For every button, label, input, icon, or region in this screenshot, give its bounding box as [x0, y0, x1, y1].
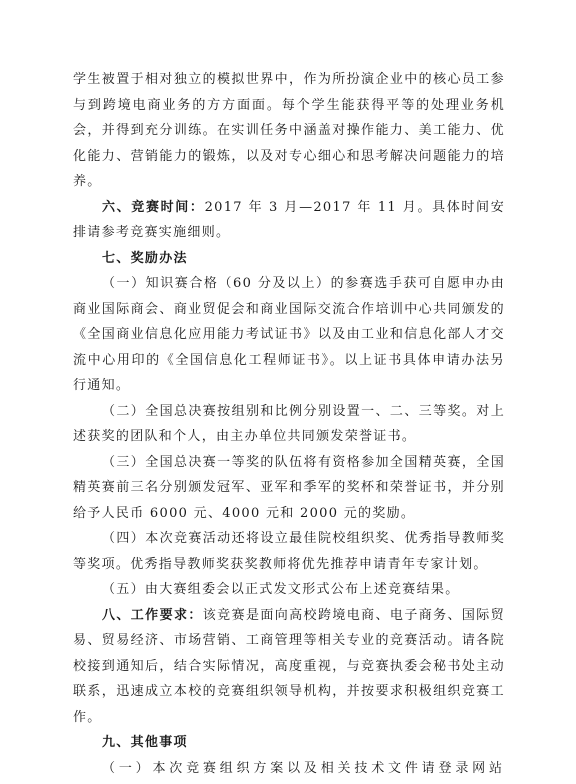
section-work-requirements: 八、工作要求：该竞赛是面向高校跨境电商、电子商务、国际贸易、贸易经济、市场营销、…: [73, 603, 505, 731]
paragraph-text: 学生被置于相对独立的模拟世界中，作为所扮演企业中的核心员工参与到跨境电商业务的方…: [73, 72, 505, 189]
awards-item-3: （三）全国总决赛一等奖的队伍将有资格参加全国精英赛，全国精英赛前三名分别颁发冠军…: [73, 450, 505, 527]
other-matters-item-1: （一）本次竞赛组织方案以及相关技术文件请登录网站: [73, 756, 505, 782]
paragraph-text: （四）本次竞赛活动还将设立最佳院校组织奖、优秀指导教师奖等奖项。优秀指导教师奖获…: [73, 531, 505, 572]
section-heading: 八、工作要求：: [102, 608, 203, 623]
paragraph-text: （一）本次竞赛组织方案以及相关技术文件请登录网站: [102, 761, 505, 776]
awards-item-4: （四）本次竞赛活动还将设立最佳院校组织奖、优秀指导教师奖等奖项。优秀指导教师奖获…: [73, 526, 505, 577]
section-heading: 七、奖励办法: [102, 251, 188, 266]
paragraph-text: （三）全国总决赛一等奖的队伍将有资格参加全国精英赛，全国精英赛前三名分别颁发冠军…: [73, 455, 505, 521]
section-competition-time: 六、竞赛时间：2017 年 3 月—2017 年 11 月。具体时间安排请参考竞…: [73, 195, 505, 246]
section-heading: 六、竞赛时间：: [102, 200, 205, 215]
section-awards-title: 七、奖励办法: [73, 246, 505, 272]
section-heading: 九、其他事项: [102, 735, 188, 750]
paragraph-intro-continued: 学生被置于相对独立的模拟世界中，作为所扮演企业中的核心员工参与到跨境电商业务的方…: [73, 67, 505, 195]
paragraph-text: （二）全国总决赛按组别和比例分别设置一、二、三等奖。对上述获奖的团队和个人，由主…: [73, 404, 505, 445]
paragraph-text: （五）由大赛组委会以正式发文形式公布上述竞赛结果。: [102, 582, 460, 597]
section-other-matters-title: 九、其他事项: [73, 730, 505, 756]
awards-item-1: （一）知识赛合格（60 分及以上）的参赛选手获可自愿申办由商业国际商会、商业贸促…: [73, 271, 505, 399]
document-page: 学生被置于相对独立的模拟世界中，作为所扮演企业中的核心员工参与到跨境电商业务的方…: [73, 67, 505, 781]
paragraph-text: （一）知识赛合格（60 分及以上）的参赛选手获可自愿申办由商业国际商会、商业贸促…: [73, 276, 505, 393]
paragraph-text: 该竞赛是面向高校跨境电商、电子商务、国际贸易、贸易经济、市场营销、工商管理等相关…: [73, 608, 505, 725]
awards-item-5: （五）由大赛组委会以正式发文形式公布上述竞赛结果。: [73, 577, 505, 603]
awards-item-2: （二）全国总决赛按组别和比例分别设置一、二、三等奖。对上述获奖的团队和个人，由主…: [73, 399, 505, 450]
